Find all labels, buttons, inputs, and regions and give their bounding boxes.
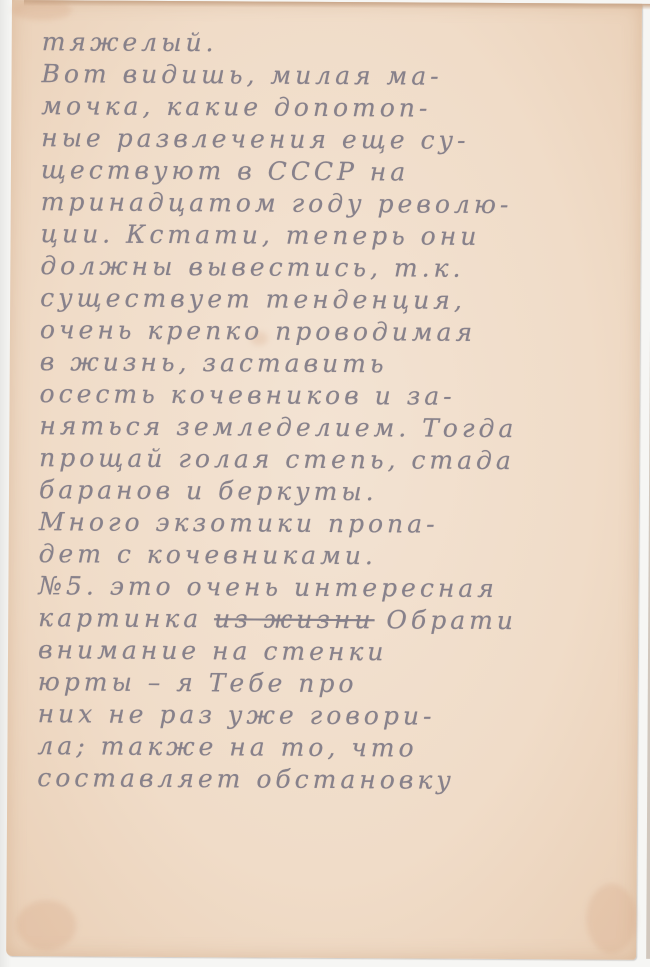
- letter-line: прощай голая степь, стада: [39, 442, 644, 478]
- letter-line: Вот видишь, милая ма-: [41, 58, 646, 94]
- letter-line: тяжелый.: [42, 26, 647, 62]
- letter-line: ные развлечения еще су-: [41, 122, 646, 158]
- line-text: осесть кочевников и за-: [40, 379, 456, 411]
- age-stain: [586, 884, 636, 954]
- line-text: прощай голая степь, стада: [39, 443, 515, 475]
- letter-line: тринадцатом году револю-: [41, 186, 646, 222]
- line-text: №5. это очень интересная: [38, 571, 498, 603]
- line-text: Много экзотики пропа-: [39, 507, 439, 538]
- line-text: ции. Кстати, теперь они: [40, 219, 480, 251]
- line-text: Обрати: [386, 605, 517, 635]
- age-stain: [12, 0, 72, 20]
- letter-line: ществуют в СССР на: [41, 154, 646, 190]
- letter-line: няться земледелием. Тогда: [39, 410, 644, 446]
- letter-line: дет с кочевниками.: [39, 538, 644, 574]
- line-text: них не раз уже говори-: [38, 699, 436, 730]
- letter-line: баранов и беркуты.: [39, 474, 644, 510]
- line-text: ла; также на то, что: [37, 731, 417, 762]
- letter-line: в жизнь, заставить: [40, 346, 645, 382]
- card-top-edge: [24, 0, 650, 10]
- letter-line: ции. Кстати, теперь они: [40, 218, 645, 254]
- letter-line: существует тенденция,: [40, 282, 645, 318]
- letter-line: внимание на стенки: [38, 634, 643, 670]
- line-text: ществуют в СССР на: [41, 155, 409, 186]
- handwritten-letter: тяжелый. Вот видишь, милая ма- мочка, ка…: [37, 26, 647, 798]
- letter-line: картинка из жизни Обрати: [38, 602, 643, 638]
- line-text: внимание на стенки: [38, 635, 388, 666]
- line-text: очень крепко проводимая: [40, 315, 476, 347]
- letter-line: №5. это очень интересная: [38, 570, 643, 606]
- letter-line: осесть кочевников и за-: [39, 378, 644, 414]
- postcard-back: тяжелый. Вот видишь, милая ма- мочка, ка…: [6, 0, 642, 960]
- line-text: мочка, какие допотоп-: [41, 91, 431, 122]
- letter-line: ла; также на то, что: [37, 730, 642, 766]
- card-right-edge: [646, 4, 650, 959]
- line-text: Вот видишь, милая ма-: [41, 59, 442, 90]
- line-text: должны вывестись, т.к.: [40, 251, 464, 283]
- line-text: в жизнь, заставить: [40, 347, 388, 378]
- line-text: баранов и беркуты.: [39, 475, 378, 506]
- line-text: дет с кочевниками.: [39, 539, 377, 570]
- age-stain: [16, 900, 76, 950]
- struck-through-text: из жизни: [214, 604, 375, 634]
- line-text: тринадцатом году револю-: [41, 187, 513, 219]
- line-text: существует тенденция,: [40, 283, 466, 315]
- letter-line: Много экзотики пропа-: [39, 506, 644, 542]
- scanned-postcard: тяжелый. Вот видишь, милая ма- мочка, ка…: [0, 0, 650, 967]
- letter-line: мочка, какие допотоп-: [41, 90, 646, 126]
- line-text: юрты – я Тебе про: [38, 667, 358, 698]
- letter-line: юрты – я Тебе про: [38, 666, 643, 702]
- letter-line: должны вывестись, т.к.: [40, 250, 645, 286]
- line-text: няться земледелием. Тогда: [39, 411, 517, 443]
- letter-line: составляет обстановку: [37, 762, 642, 798]
- line-text: картинка: [38, 603, 202, 633]
- letter-line: очень крепко проводимая: [40, 314, 645, 350]
- line-text: тяжелый.: [42, 27, 218, 57]
- line-text: составляет обстановку: [37, 763, 455, 795]
- letter-line: них не раз уже говори-: [38, 698, 643, 734]
- line-text: ные развлечения еще су-: [41, 123, 469, 155]
